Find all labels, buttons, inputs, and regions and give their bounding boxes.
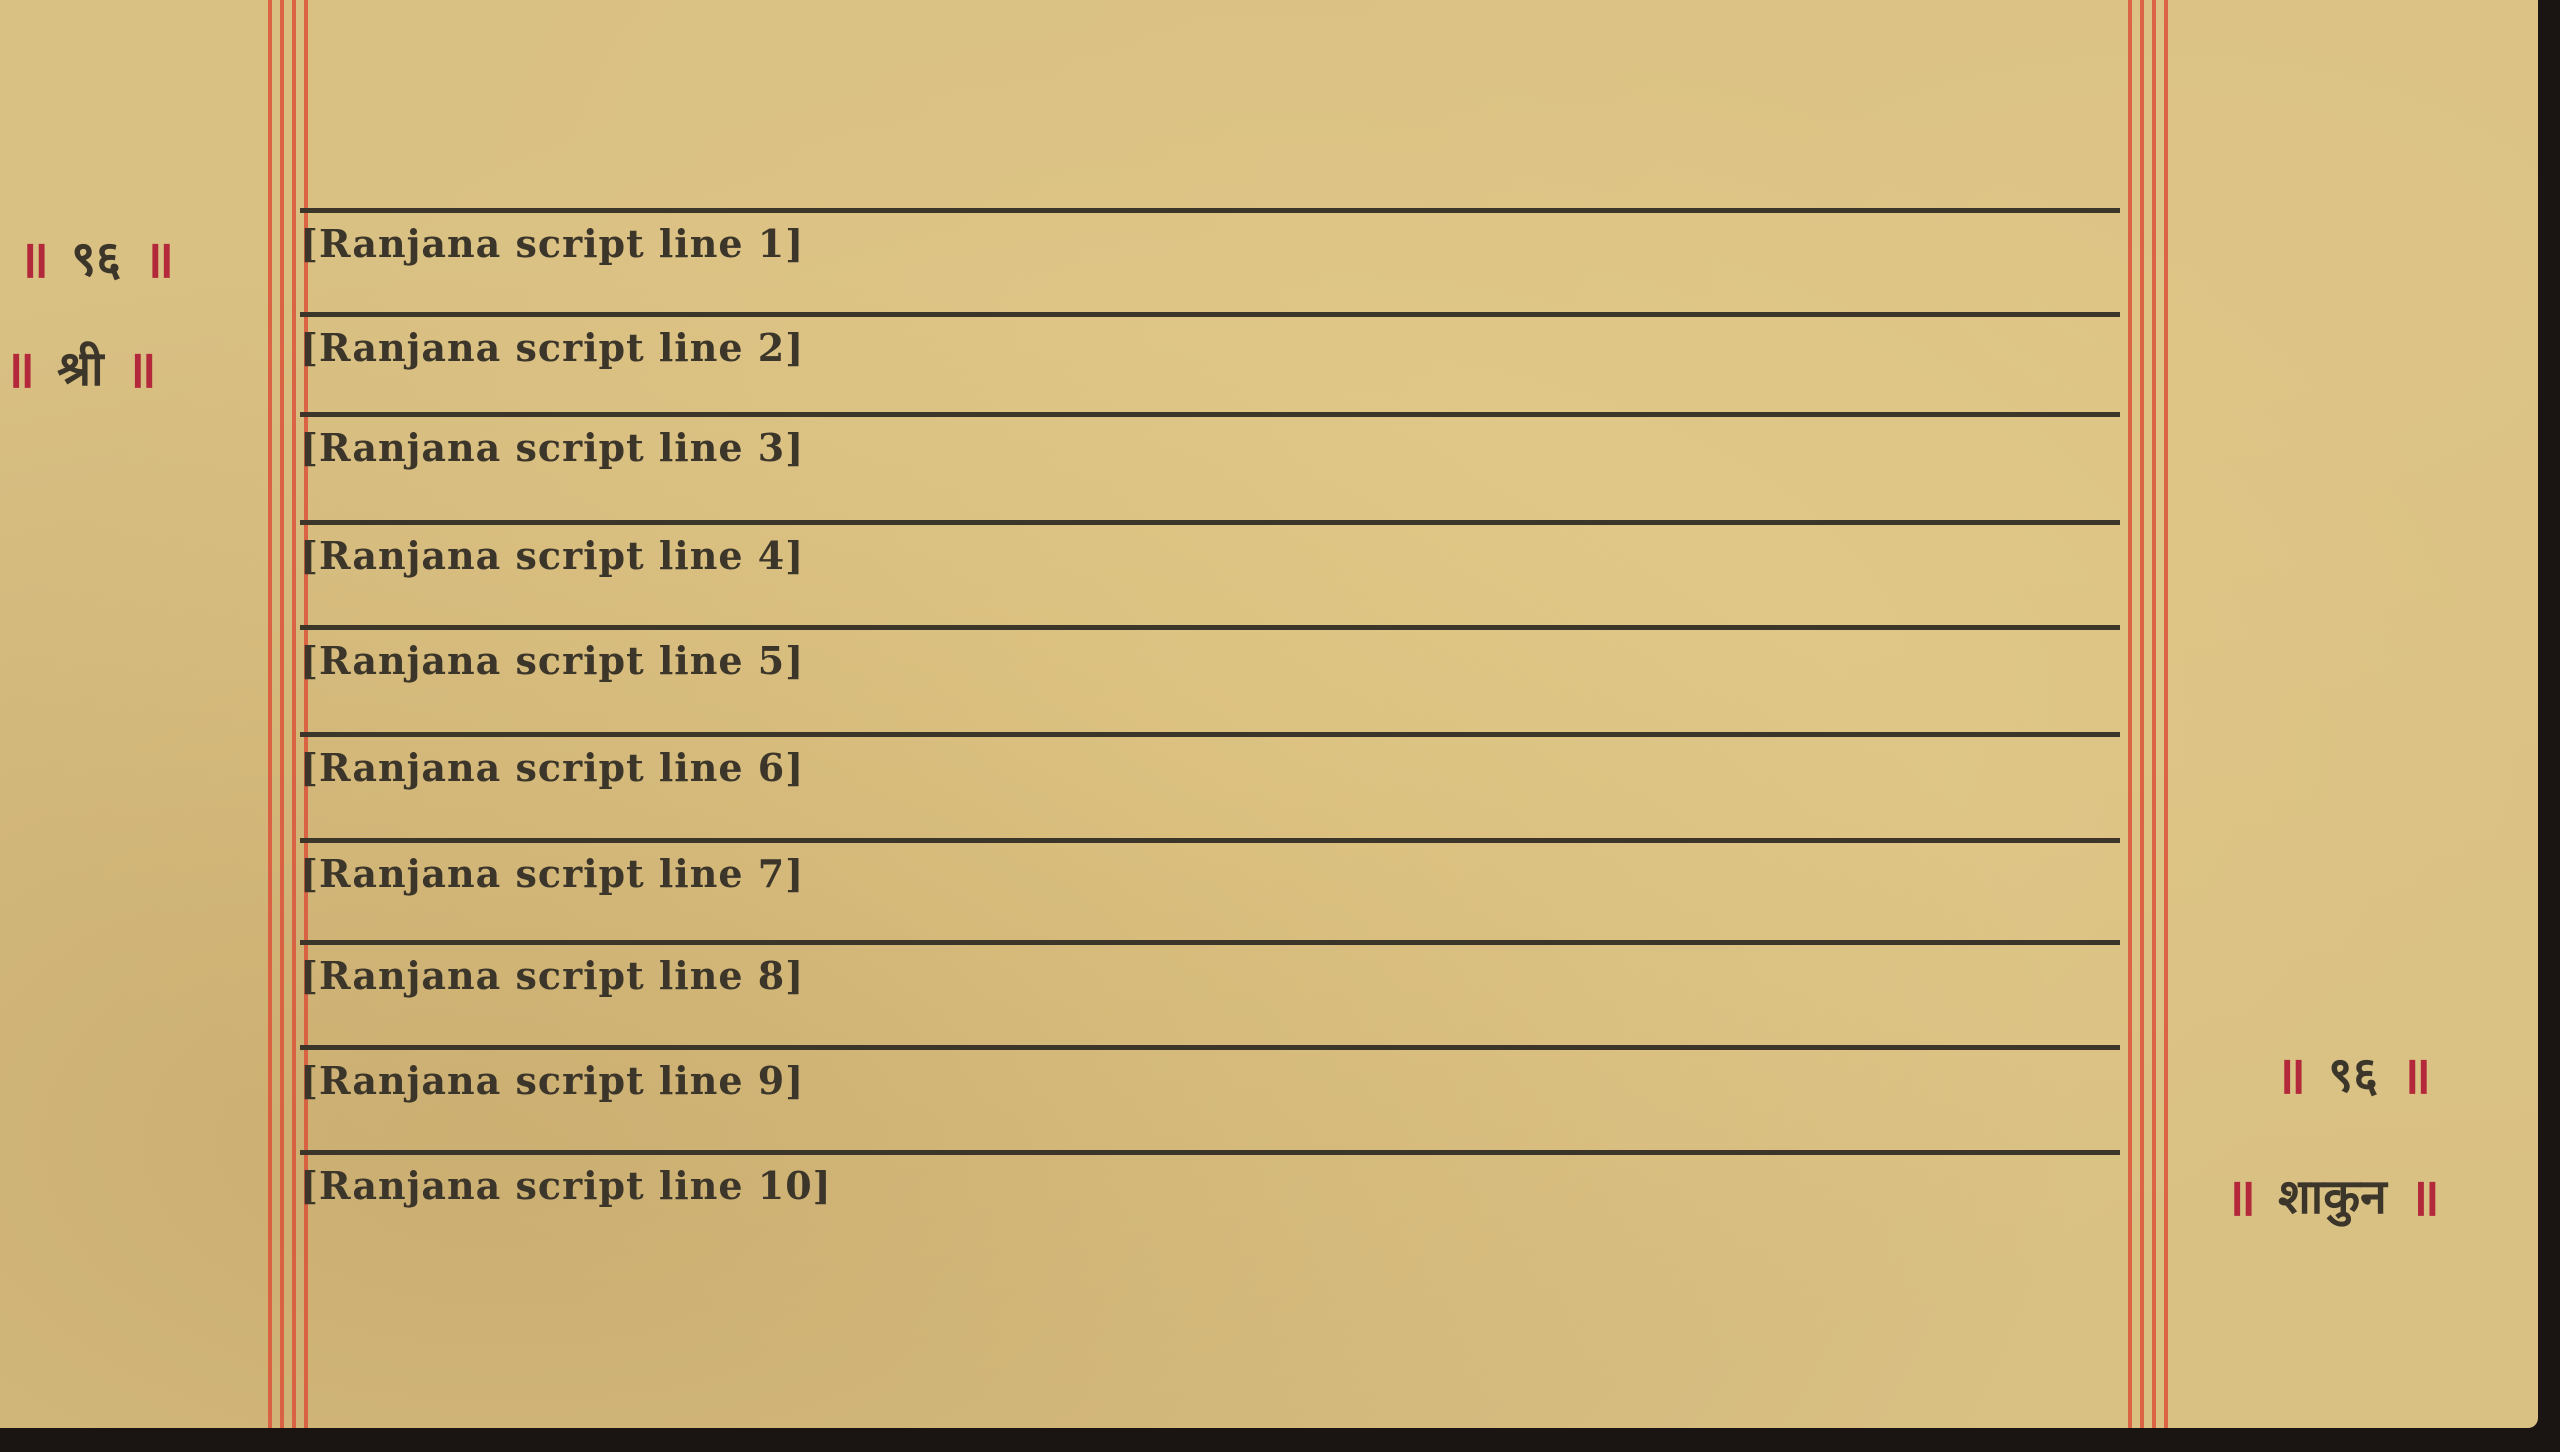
manuscript-line: [Ranjana script line 2] bbox=[300, 312, 2120, 374]
line-text: [Ranjana script line 6] bbox=[300, 745, 804, 790]
manuscript-line: [Ranjana script line 10] bbox=[300, 1150, 2120, 1212]
margin-rule bbox=[2164, 0, 2168, 1428]
folio-number-text: ९६ bbox=[2328, 1041, 2378, 1106]
manuscript-folio: ॥ ९६ ॥ ॥ श्री ॥ ॥ ९६ ॥ ॥ शाकुन ॥ [Ranjan… bbox=[0, 0, 2538, 1428]
margin-rule bbox=[292, 0, 296, 1428]
danda-mark: ॥ bbox=[143, 222, 174, 293]
danda-mark: ॥ bbox=[4, 332, 35, 403]
danda-mark: ॥ bbox=[126, 332, 157, 403]
manuscript-line: [Ranjana script line 9] bbox=[300, 1045, 2120, 1107]
line-text: [Ranjana script line 10] bbox=[300, 1163, 832, 1208]
danda-mark: ॥ bbox=[2409, 1160, 2440, 1231]
folio-title-text: श्री bbox=[57, 335, 103, 400]
margin-rule bbox=[268, 0, 272, 1428]
margin-rule bbox=[2128, 0, 2132, 1428]
danda-mark: ॥ bbox=[18, 222, 49, 293]
margin-rule bbox=[280, 0, 284, 1428]
right-folio-number: ॥ ९६ ॥ bbox=[2275, 1038, 2431, 1109]
danda-mark: ॥ bbox=[2275, 1038, 2306, 1109]
line-text: [Ranjana script line 9] bbox=[300, 1058, 804, 1103]
line-text: [Ranjana script line 5] bbox=[300, 638, 804, 683]
left-folio-title: ॥ श्री ॥ bbox=[4, 332, 157, 403]
manuscript-line: [Ranjana script line 8] bbox=[300, 940, 2120, 1002]
manuscript-line: [Ranjana script line 6] bbox=[300, 732, 2120, 794]
danda-mark: ॥ bbox=[2225, 1160, 2256, 1231]
folio-title-text: शाकुन bbox=[2278, 1163, 2387, 1228]
line-text: [Ranjana script line 8] bbox=[300, 953, 804, 998]
danda-mark: ॥ bbox=[2400, 1038, 2431, 1109]
line-text: [Ranjana script line 1] bbox=[300, 221, 804, 266]
manuscript-line: [Ranjana script line 1] bbox=[300, 208, 2120, 270]
folio-number-text: ९६ bbox=[71, 225, 121, 290]
line-text: [Ranjana script line 3] bbox=[300, 425, 804, 470]
line-text: [Ranjana script line 7] bbox=[300, 851, 804, 896]
left-folio-number: ॥ ९६ ॥ bbox=[18, 222, 174, 293]
manuscript-line: [Ranjana script line 3] bbox=[300, 412, 2120, 474]
line-text: [Ranjana script line 4] bbox=[300, 533, 804, 578]
manuscript-line: [Ranjana script line 5] bbox=[300, 625, 2120, 687]
line-text: [Ranjana script line 2] bbox=[300, 325, 804, 370]
manuscript-line: [Ranjana script line 4] bbox=[300, 520, 2120, 582]
margin-rule bbox=[2152, 0, 2156, 1428]
margin-rule bbox=[2140, 0, 2144, 1428]
right-folio-title: ॥ शाकुन ॥ bbox=[2225, 1160, 2440, 1231]
manuscript-line: [Ranjana script line 7] bbox=[300, 838, 2120, 900]
